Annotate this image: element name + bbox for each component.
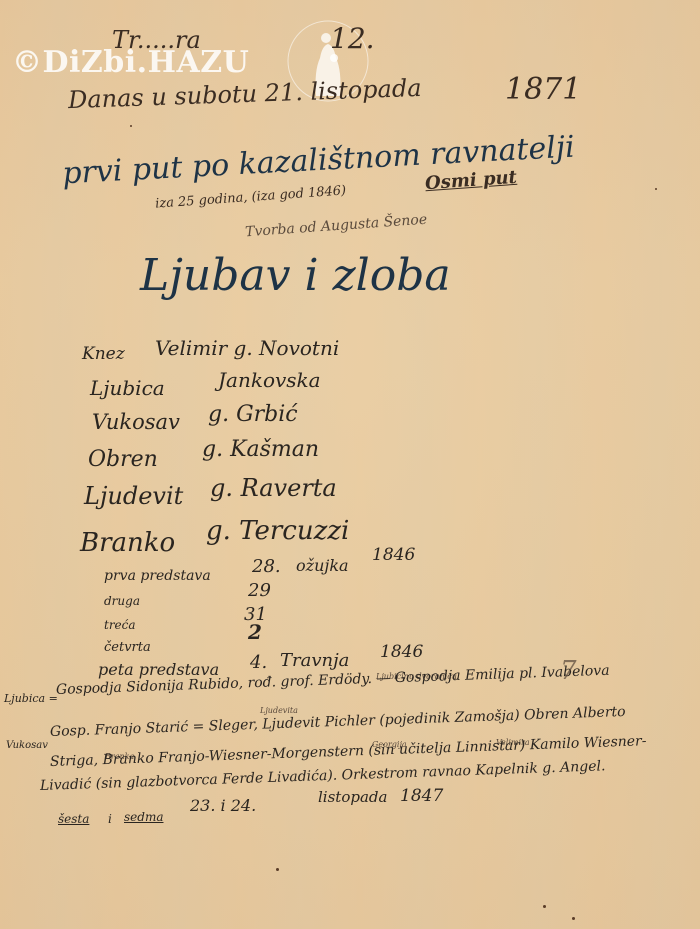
performance-month: Travnja (280, 650, 349, 671)
note-line-prefix: Ljubica = (4, 692, 58, 705)
cast-role: Knez (82, 344, 125, 364)
note-line-5-year: 1847 (400, 786, 443, 806)
performance-year: 1846 (372, 545, 415, 565)
note-line-5-month: listopada (318, 788, 387, 806)
note-superscript: Ljudevita (260, 706, 298, 715)
theatre-number: 12. (330, 22, 375, 55)
note-line-5-and: i (108, 812, 112, 826)
cast-role: Vukosav (92, 410, 180, 434)
cast-actor: Jankovska (218, 368, 321, 392)
performance-month: ožujka (296, 556, 349, 575)
performance-label: četvrta (104, 640, 151, 655)
note-correction: 7 (560, 656, 577, 686)
paper-spot (543, 905, 546, 908)
performance-day: 29 (248, 580, 271, 601)
performance-label: treća (104, 618, 136, 632)
play-title: Ljubav i zloba (140, 250, 451, 301)
note-line-5-sedma: sedma (124, 810, 163, 824)
cast-actor: g. Kašman (202, 437, 319, 462)
cast-role: Ljubica (90, 376, 165, 400)
paper-spot (572, 917, 575, 920)
performance-day: 4. (250, 652, 267, 673)
performance-label: druga (104, 594, 140, 608)
performance-day: 28. (252, 556, 281, 577)
paper-spot (276, 868, 279, 871)
cast-role: Branko (80, 528, 175, 558)
performance-label: prva predstava (104, 568, 211, 584)
paper-spot (130, 125, 132, 127)
date-year: 1871 (505, 72, 581, 107)
cast-role: Obren (88, 447, 158, 472)
theatre-number-label: Tr.....ra (112, 26, 201, 54)
note-line-5-days: 23. i 24. (190, 796, 256, 815)
note-line-5-sesta: šesta (58, 812, 89, 826)
cast-actor: g. Tercuzzi (206, 516, 349, 546)
cast-actor: Velimir g. Novotni (155, 336, 339, 360)
cast-actor: g. Grbić (208, 402, 298, 427)
cast-role: Ljudevit (84, 482, 183, 510)
performance-year: 1846 (380, 642, 423, 662)
cast-actor: g. Raverta (210, 474, 337, 502)
paper-spot (655, 188, 657, 190)
performance-day: 2 (248, 620, 262, 644)
note-line-prefix: Vukosav (6, 740, 48, 751)
